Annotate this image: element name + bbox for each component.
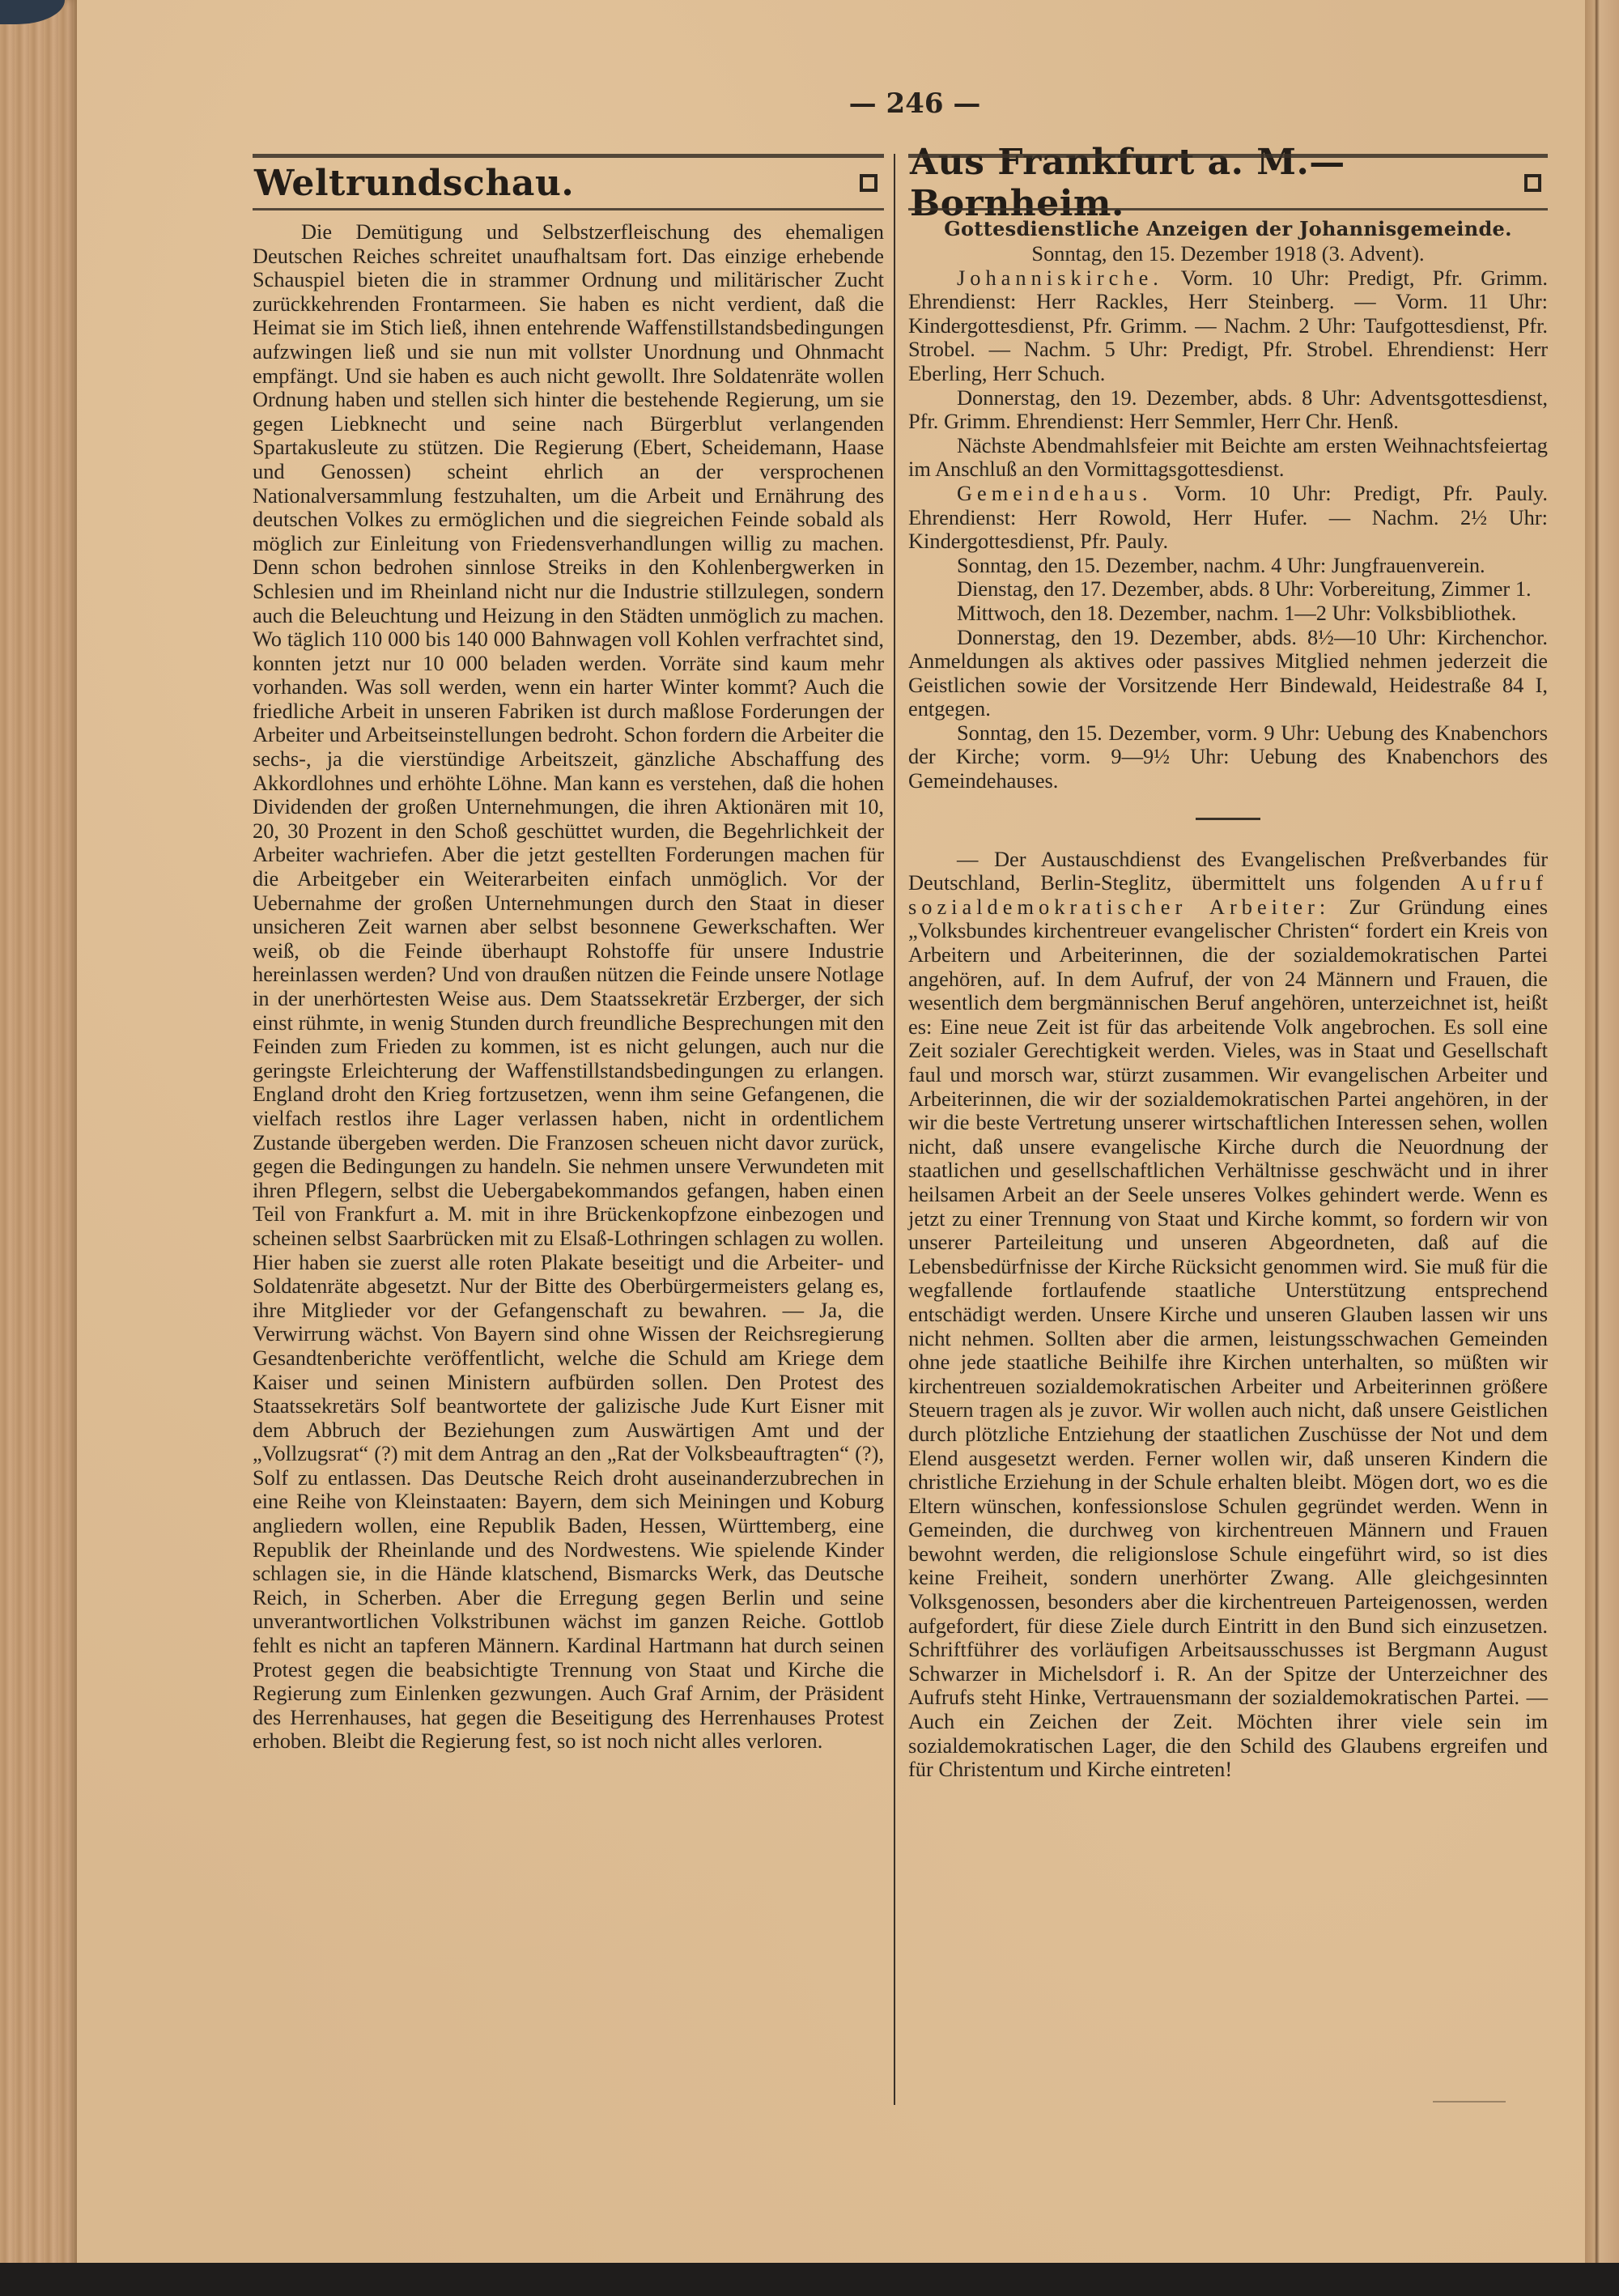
announcements-list: Sonntag, den 15. Dezember 1918 (3. Adven… (908, 242, 1548, 793)
announcement-item: Donnerstag, den 19. Dezember, abds. 8½—1… (908, 626, 1548, 721)
square-box-icon (860, 174, 877, 192)
top-rule (253, 154, 884, 158)
frankfurt-bornheim-column: Aus Frankfurt a. M.—Bornheim. Gottesdien… (908, 154, 1548, 1782)
announcement-item: Mittwoch, den 18. Dezember, nachm. 1—2 U… (908, 602, 1548, 626)
end-mark (1433, 2101, 1506, 2103)
page-right-edge (1585, 0, 1619, 2296)
announcement-lead: Johanniskirche. (957, 266, 1163, 290)
weltrundschau-column: Weltrundschau. Die Demütigung und Selbst… (253, 154, 884, 1754)
section-title: Weltrundschau. (254, 163, 574, 204)
article-paragraph: — Der Austauschdienst des Evangelischen … (908, 848, 1548, 1782)
page-bottom-shadow (0, 2263, 1619, 2296)
article-body: Die Demütigung und Selbstzerfleischung d… (253, 220, 884, 1754)
section-header: Weltrundschau. (253, 158, 884, 208)
top-rule (908, 154, 1548, 158)
announcement-item: Gemeindehaus. Vorm. 10 Uhr: Predigt, Pfr… (908, 482, 1548, 554)
aufruf-article: — Der Austauschdienst des Evangelischen … (908, 848, 1548, 1782)
section-separator (1196, 818, 1260, 820)
section-header: Aus Frankfurt a. M.—Bornheim. (908, 158, 1548, 208)
column-divider (894, 154, 895, 2105)
announcement-date: Sonntag, den 15. Dezember 1918 (3. Adven… (908, 242, 1548, 266)
announcement-item: Donnerstag, den 19. Dezember, abds. 8 Uh… (908, 386, 1548, 434)
page-number: — 246 — (818, 87, 1012, 120)
announcement-item: Sonntag, den 15. Dezember, vorm. 9 Uhr: … (908, 721, 1548, 793)
announcement-lead: Gemeindehaus. (957, 481, 1152, 505)
announcement-item: Sonntag, den 15. Dezember, nachm. 4 Uhr:… (908, 554, 1548, 578)
book-binding-edge (0, 0, 77, 2296)
header-underline (908, 208, 1548, 210)
announcements-heading: Gottesdienstliche Anzeigen der Johannisg… (908, 217, 1548, 240)
square-box-icon (1524, 174, 1541, 192)
announcement-item: Nächste Abendmahlsfeier mit Beichte am e… (908, 434, 1548, 482)
header-underline (253, 208, 884, 210)
announcement-item: Johanniskirche. Vorm. 10 Uhr: Predigt, P… (908, 266, 1548, 386)
article-paragraph: Die Demütigung und Selbstzerfleischung d… (253, 220, 884, 1754)
announcement-item: Dienstag, den 17. Dezember, abds. 8 Uhr:… (908, 577, 1548, 602)
